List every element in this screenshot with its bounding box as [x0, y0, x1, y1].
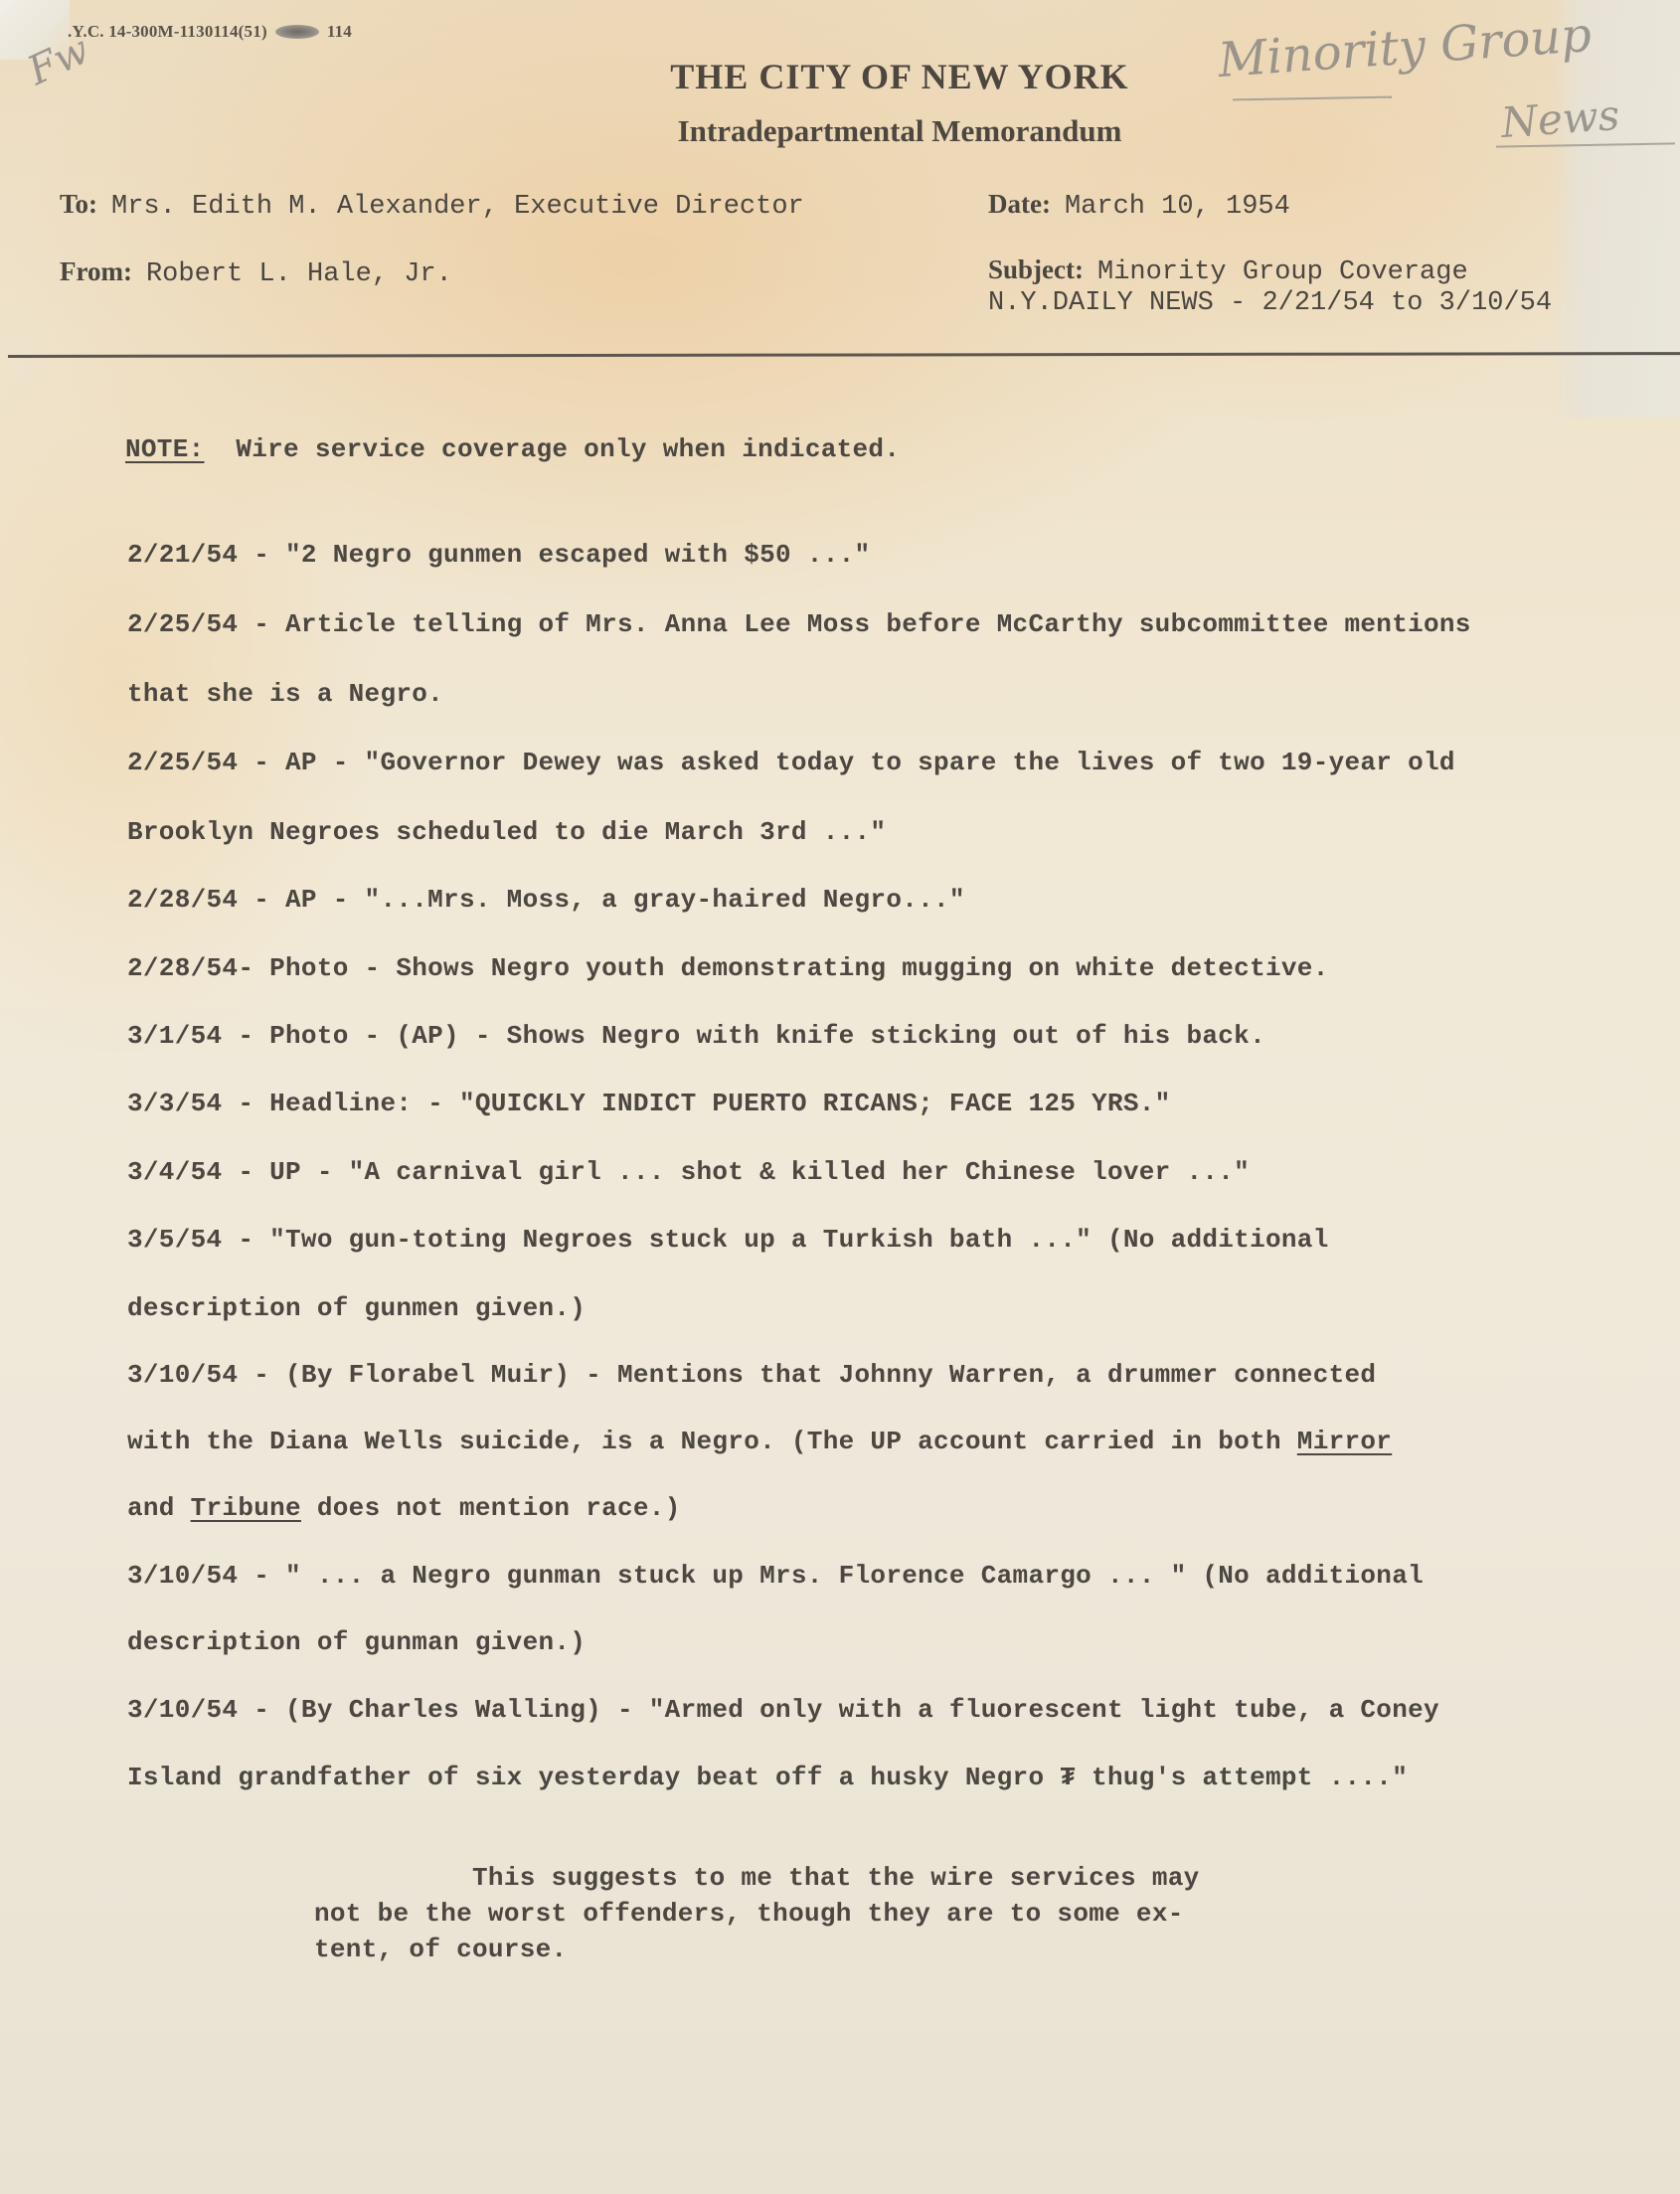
closing-line: This suggests to me that the wire servic… [314, 1863, 1200, 1893]
entry-line: and Tribune does not mention race.) [127, 1493, 681, 1523]
entry-line: 3/10/54 - " ... a Negro gunman stuck up … [127, 1561, 1424, 1591]
date-field: Date:March 10, 1954 [988, 189, 1290, 222]
entry-line: that she is a Negro. [127, 679, 443, 709]
entry-line: 3/4/54 - UP - "A carnival girl ... shot … [127, 1157, 1250, 1187]
to-field: To:Mrs. Edith M. Alexander, Executive Di… [60, 189, 804, 222]
subject-label: Subject: [988, 254, 1084, 284]
entry-line: 2/25/54 - Article telling of Mrs. Anna L… [127, 609, 1471, 639]
entry-line: 3/10/54 - (By Charles Walling) - "Armed … [127, 1695, 1439, 1725]
closing-line: not be the worst offenders, though they … [314, 1899, 1184, 1929]
entry-line: 3/3/54 - Headline: - "QUICKLY INDICT PUE… [127, 1089, 1171, 1118]
to-label: To: [60, 189, 97, 219]
note: NOTE: Wire service coverage only when in… [125, 434, 900, 464]
form-number: .Y.C. 14-300M-1130114(51) 114 [68, 22, 352, 42]
entry-line: description of gunman given.) [127, 1627, 586, 1657]
entry-line: 2/28/54 - AP - "...Mrs. Moss, a gray-hai… [127, 885, 965, 915]
memo-type-title: Intradepartmental Memorandum [60, 113, 1680, 149]
newspaper-tribune: Tribune [191, 1493, 301, 1523]
entry-line-text: and [127, 1493, 191, 1523]
entry-line: 2/25/54 - AP - "Governor Dewey was asked… [127, 748, 1455, 777]
date-label: Date: [988, 189, 1051, 219]
entry-line: 3/5/54 - "Two gun-toting Negroes stuck u… [127, 1225, 1329, 1255]
entry-line: 3/1/54 - Photo - (AP) - Shows Negro with… [127, 1021, 1265, 1051]
subject-field: Subject:Minority Group Coverage [988, 254, 1468, 287]
entry-line-text: does not mention race.) [301, 1493, 681, 1523]
entry-line: 2/21/54 - "2 Negro gunmen escaped with $… [127, 540, 870, 570]
form-number-suffix: 114 [327, 22, 352, 42]
from-field: From:Robert L. Hale, Jr. [60, 256, 452, 289]
to-value: Mrs. Edith M. Alexander, Executive Direc… [111, 192, 804, 222]
entry-line: description of gunmen given.) [127, 1293, 586, 1323]
entry-line: Island grandfather of six yesterday beat… [127, 1763, 1408, 1792]
note-label: NOTE: [125, 434, 205, 464]
form-number-text: .Y.C. 14-300M-1130114(51) [68, 22, 267, 42]
entry-line-text: with the Diana Wells suicide, is a Negro… [127, 1427, 1297, 1456]
entry-line: Brooklyn Negroes scheduled to die March … [127, 817, 886, 847]
entry-line: 3/10/54 - (By Florabel Muir) - Mentions … [127, 1360, 1376, 1390]
printer-union-bug-icon [275, 25, 319, 39]
newspaper-mirror: Mirror [1297, 1427, 1392, 1456]
note-text: Wire service coverage only when indicate… [236, 434, 900, 464]
entry-line: with the Diana Wells suicide, is a Negro… [127, 1427, 1392, 1456]
subject-value: Minority Group Coverage [1097, 257, 1468, 287]
from-value: Robert L. Hale, Jr. [146, 259, 452, 289]
organization-title: THE CITY OF NEW YORK [60, 56, 1680, 97]
from-label: From: [60, 256, 132, 286]
subject-line2: N.Y.DAILY NEWS - 2/21/54 to 3/10/54 [988, 288, 1552, 318]
closing-line: tent, of course. [314, 1935, 567, 1964]
date-value: March 10, 1954 [1065, 192, 1290, 222]
entry-line: 2/28/54- Photo - Shows Negro youth demon… [127, 953, 1329, 983]
